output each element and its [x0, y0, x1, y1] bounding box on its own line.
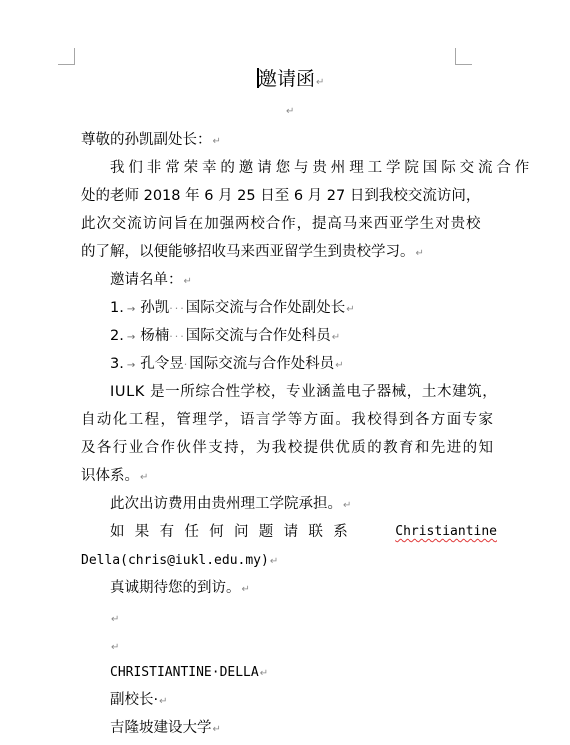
- paragraph-mark-icon: ↵: [213, 136, 221, 147]
- salutation-text: 尊敬的孙凯副处长：: [81, 132, 212, 148]
- paragraph-mark-icon: ↵: [286, 106, 294, 117]
- space-marks: ···: [169, 302, 186, 315]
- empty-paragraph[interactable]: ↵: [110, 636, 119, 656]
- invitee-position: 国际交流与合作处科员: [186, 328, 331, 344]
- list-number: 1.: [110, 300, 124, 316]
- contact-prefix: 如果有任何问题请联系: [110, 522, 358, 542]
- empty-paragraph[interactable]: ↵: [110, 608, 119, 628]
- about-text: 及各行业合作伙伴支持，为我校提供优质的教育和先进的知: [81, 440, 494, 456]
- paragraph-mark-icon: ↵: [213, 724, 221, 735]
- invitee-position: 国际交流与合作处副处长: [186, 300, 346, 316]
- paragraph-mark-icon: ↵: [343, 500, 351, 511]
- paragraph-mark-icon: ↵: [416, 248, 424, 259]
- paragraph-mark-icon: ↵: [270, 556, 278, 567]
- invitee-item-3[interactable]: 3.→孔令昱·国际交流与合作处科员↵: [110, 354, 344, 374]
- about-line-2[interactable]: 自动化工程，管理学，语言学等方面。我校得到各方面专家: [81, 410, 494, 430]
- paragraph-mark-icon: ↵: [332, 332, 340, 343]
- about-text: IULK 是一所综合性学校，专业涵盖电子器械，土木建筑，: [110, 384, 497, 400]
- signature-name[interactable]: CHRISTIANTINE·DELLA↵: [110, 662, 268, 682]
- invitee-item-1[interactable]: 1.→孙凯···国际交流与合作处副处长↵: [110, 298, 355, 318]
- about-text: 识体系。: [81, 468, 139, 484]
- intro-text: 处的老师 2018 年 6 月 25 日至 6 月 27 日到我校交流访问，: [81, 188, 480, 204]
- contact-name-misspelled[interactable]: Christiantine: [395, 522, 497, 542]
- list-heading[interactable]: 邀请名单：↵: [110, 270, 192, 290]
- contact-line-2[interactable]: Della(chris@iukl.edu.my)↵: [81, 550, 278, 570]
- tab-arrow-icon: →: [127, 360, 135, 371]
- paragraph-mark-icon: ↵: [159, 696, 167, 707]
- signature-institution-text: 吉隆坡建设大学: [110, 720, 212, 736]
- contact-line-1[interactable]: 如果有任何问题请联系 Christiantine: [110, 522, 497, 542]
- tab-arrow-icon: →: [127, 332, 135, 343]
- signature-title-text: 副校长·: [110, 692, 158, 708]
- invitee-item-2[interactable]: 2.→杨楠···国际交流与合作处科员↵: [110, 326, 340, 346]
- about-line-1[interactable]: IULK 是一所综合性学校，专业涵盖电子器械，土木建筑，: [110, 382, 497, 402]
- intro-text: 的了解，以便能够招收马来西亚留学生到贵校学习。: [81, 244, 415, 260]
- expense-text: 此次出访费用由贵州理工学院承担。: [110, 496, 342, 512]
- paragraph-mark-icon: ↵: [335, 360, 343, 371]
- tab-arrow-icon: →: [127, 304, 135, 315]
- about-line-4[interactable]: 识体系。↵: [81, 466, 148, 486]
- intro-line-3[interactable]: 此次交流访问旨在加强两校合作，提高马来西亚学生对贵校: [81, 214, 481, 234]
- about-text: 自动化工程，管理学，语言学等方面。我校得到各方面专家: [81, 412, 494, 428]
- title-text: 邀请函: [258, 68, 315, 90]
- invitee-position: 国际交流与合作处科员: [189, 356, 334, 372]
- paragraph-mark-icon: ↵: [111, 642, 119, 653]
- paragraph-mark-icon: ↵: [140, 472, 148, 483]
- paragraph-mark-icon: ↵: [260, 668, 268, 679]
- paragraph-mark-icon: ↵: [111, 614, 119, 625]
- closing[interactable]: 真诚期待您的到访。↵: [110, 578, 250, 598]
- document-title[interactable]: 邀请函↵: [257, 65, 324, 97]
- empty-paragraph[interactable]: ↵: [285, 100, 294, 120]
- intro-line-4[interactable]: 的了解，以便能够招收马来西亚留学生到贵校学习。↵: [81, 242, 424, 262]
- paragraph-mark-icon: ↵: [316, 77, 324, 88]
- list-number: 3.: [110, 356, 124, 372]
- intro-line-2[interactable]: 处的老师 2018 年 6 月 25 日至 6 月 27 日到我校交流访问，: [81, 186, 480, 206]
- paragraph-mark-icon: ↵: [242, 584, 250, 595]
- page-margin-corner-top-left: [58, 48, 75, 65]
- list-number: 2.: [110, 328, 124, 344]
- space-marks: ···: [169, 330, 186, 343]
- contact-email: Della(chris@iukl.edu.my): [81, 553, 269, 568]
- invitee-name: 孙凯: [140, 300, 169, 316]
- salutation[interactable]: 尊敬的孙凯副处长：↵: [81, 130, 221, 150]
- paragraph-mark-icon: ↵: [346, 304, 354, 315]
- signature-institution[interactable]: 吉隆坡建设大学↵: [110, 718, 221, 738]
- invitee-name: 孔令昱: [140, 356, 184, 372]
- page-margin-corner-top-right: [455, 48, 472, 65]
- list-heading-text: 邀请名单：: [110, 272, 183, 288]
- paragraph-mark-icon: ↵: [184, 276, 192, 287]
- signature-name-text: CHRISTIANTINE·DELLA: [110, 665, 259, 680]
- invitee-name: 杨楠: [140, 328, 169, 344]
- intro-line-1[interactable]: 我们非常荣幸的邀请您与贵州理工学院国际交流合作: [110, 158, 497, 178]
- expense-note[interactable]: 此次出访费用由贵州理工学院承担。↵: [110, 494, 351, 514]
- intro-text: 此次交流访问旨在加强两校合作，提高马来西亚学生对贵校: [81, 216, 481, 232]
- closing-text: 真诚期待您的到访。: [110, 580, 241, 596]
- intro-text: 我们非常荣幸的邀请您与贵州理工学院国际交流合作: [110, 158, 533, 178]
- about-line-3[interactable]: 及各行业合作伙伴支持，为我校提供优质的教育和先进的知: [81, 438, 494, 458]
- signature-title[interactable]: 副校长·↵: [110, 690, 168, 710]
